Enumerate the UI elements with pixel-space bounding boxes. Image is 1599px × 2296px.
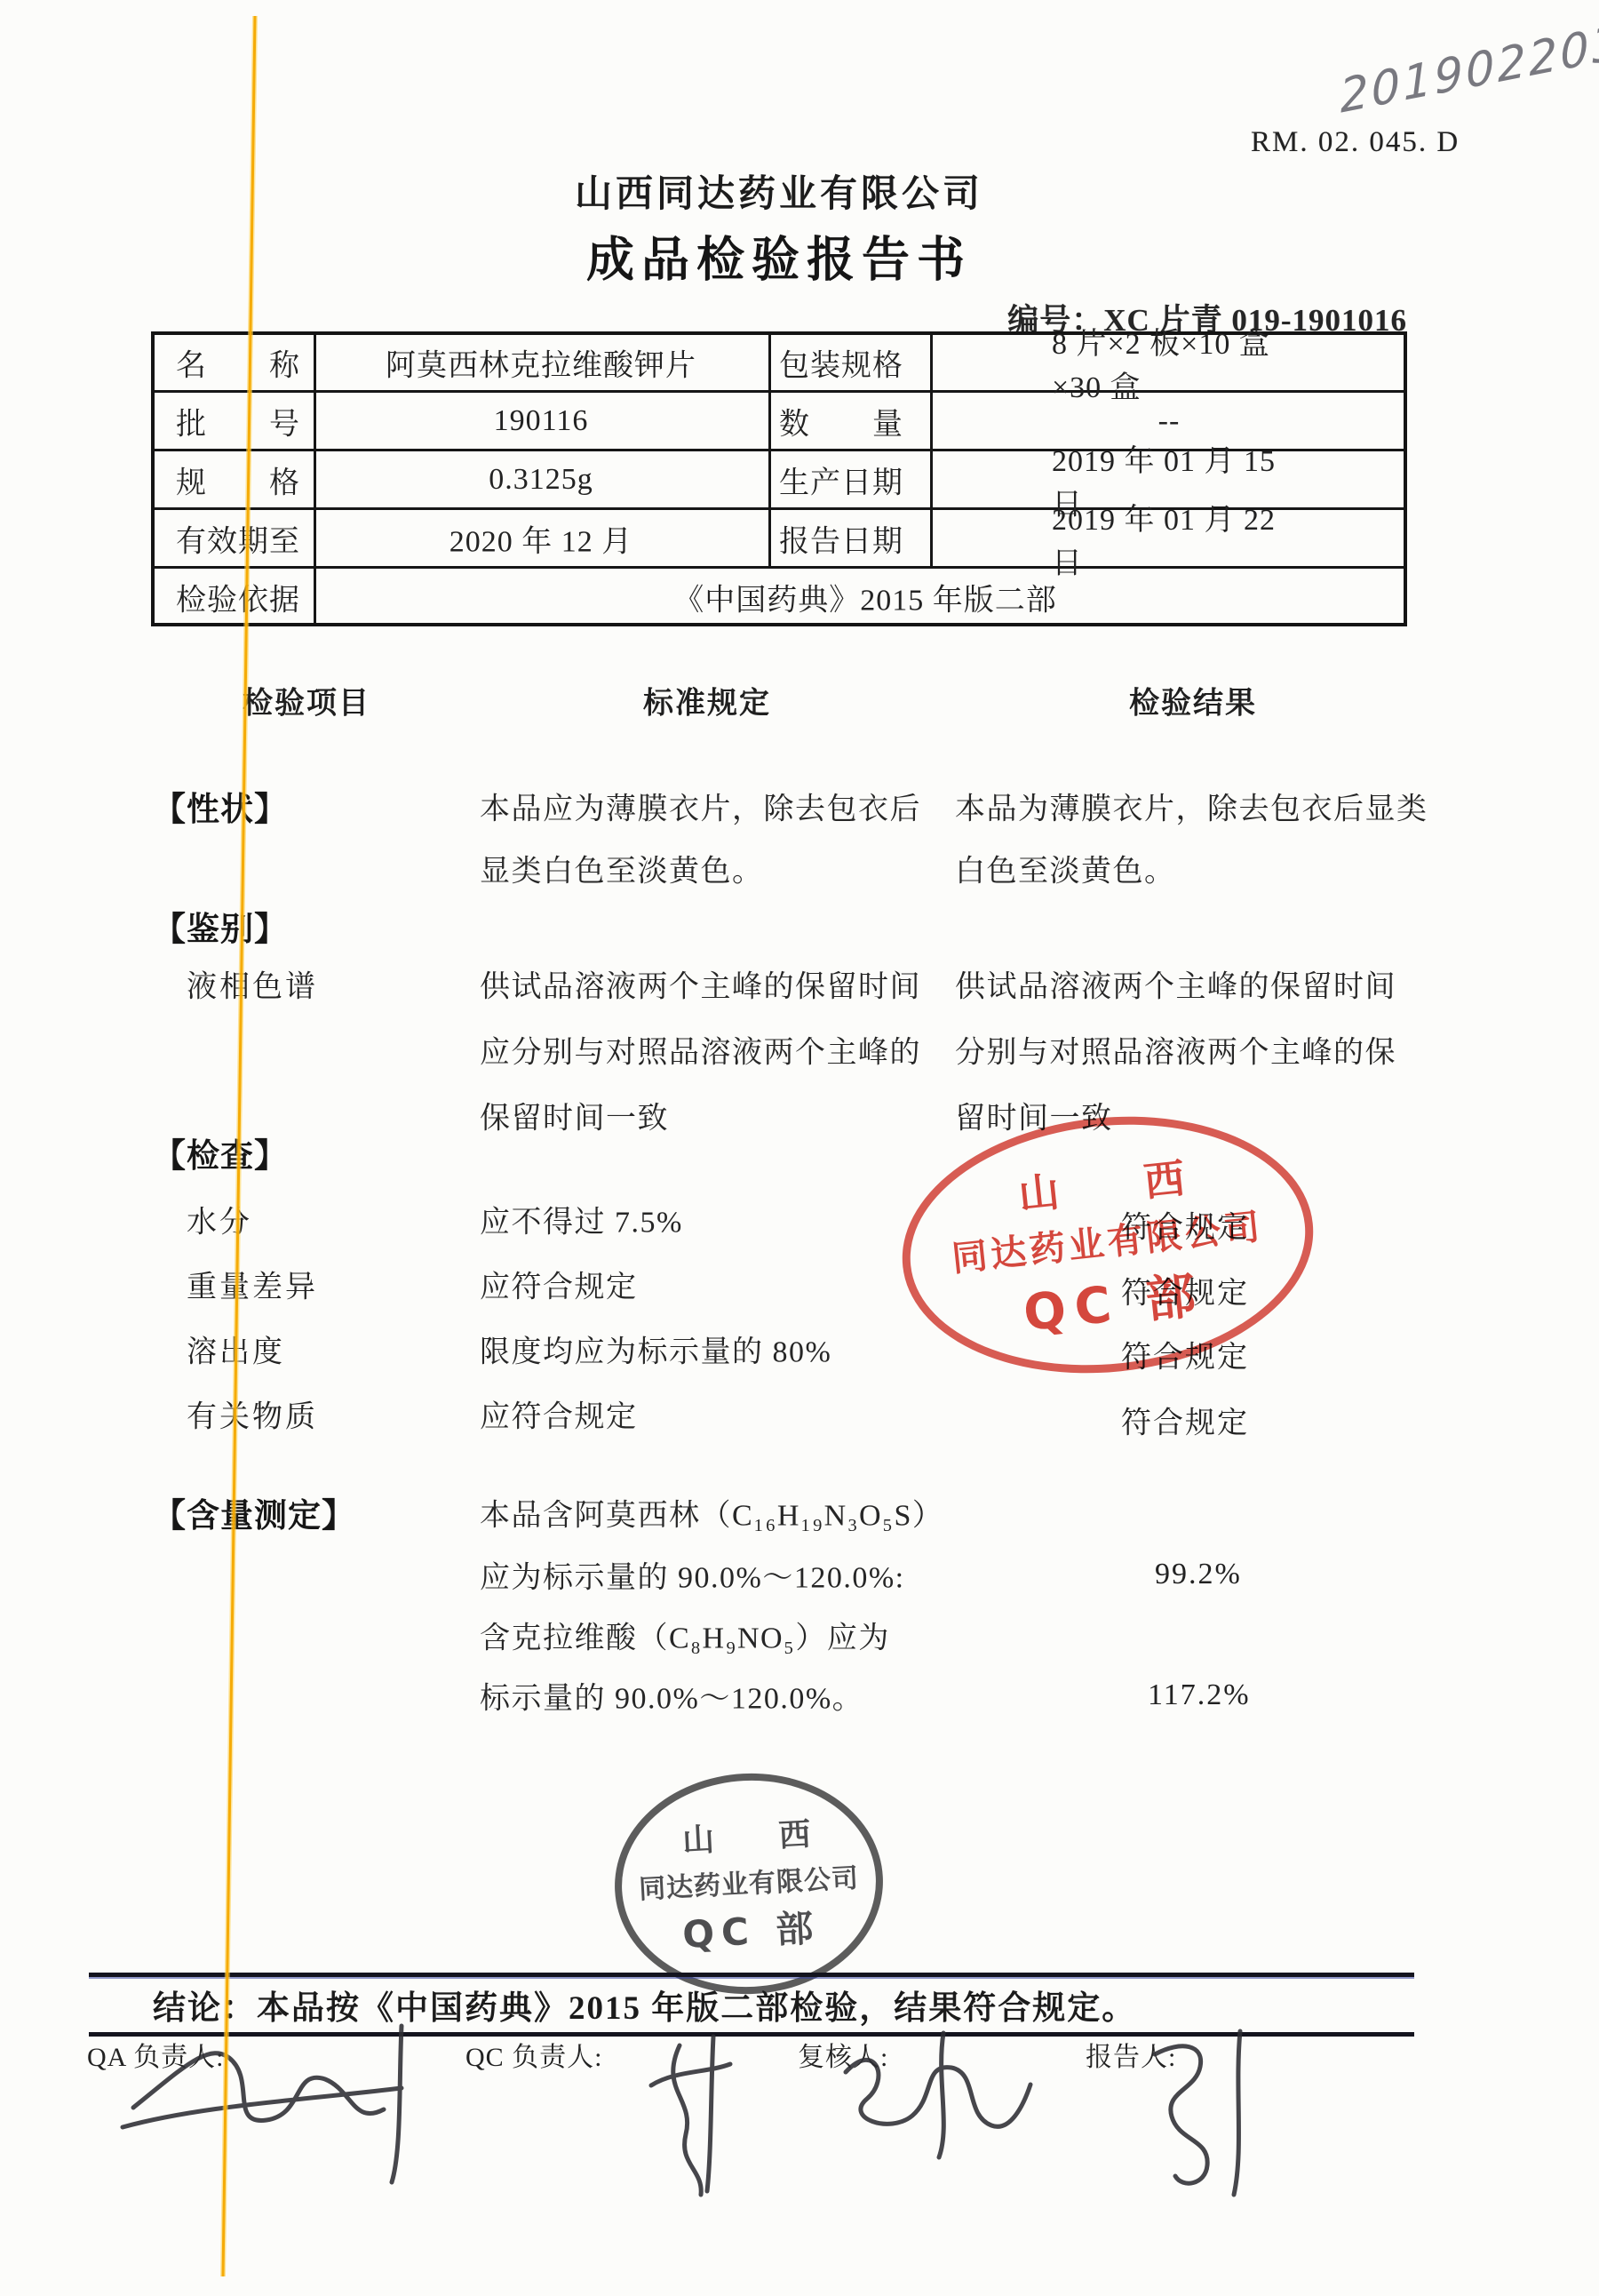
table-col-line (768, 335, 771, 566)
qa-signer-label: QA 负责人: (87, 2035, 225, 2074)
table-value: 2020 年 12 月 (449, 517, 633, 561)
table-value: 0.3125g (489, 463, 593, 497)
col-header-result: 检验结果 (1129, 679, 1257, 722)
test-item-name: 有关物质 (187, 1392, 318, 1436)
table-value: 阿莫西林克拉维酸钾片 (386, 341, 696, 385)
qc-signer-label: QC 负责人: (465, 2035, 603, 2074)
table-label: 数 量 (779, 400, 903, 443)
result-text: 白色至淡黄色。 (955, 847, 1176, 890)
stamp-text: 同达药业有限公司 (638, 1855, 860, 1906)
standard-text: 本品应为薄膜衣片，除去包衣后 (480, 785, 921, 828)
report-title: 成品检验报告书 (586, 222, 972, 291)
table-value-merged: 《中国药典》2015 年版二部 (673, 576, 1057, 619)
company-title: 山西同达药业有限公司 (575, 164, 983, 218)
standard-text: 含克拉维酸（C₈H₉NO₅）应为 (480, 1614, 890, 1657)
table-label: 包装规格 (779, 341, 903, 385)
standard-text: 供试品溶液两个主峰的保留时间 (480, 962, 921, 1006)
table-label: 名 称 (176, 341, 300, 385)
section-header-appearance: 【性状】 (153, 782, 288, 830)
divider-line (89, 2032, 1414, 2037)
standard-text: 显类白色至淡黄色。 (480, 847, 764, 890)
result-assay-clavulanate: 117.2% (1148, 1678, 1251, 1712)
result-assay-amoxicillin: 99.2% (1155, 1558, 1242, 1591)
standard-text: 应符合规定 (480, 1263, 638, 1306)
divider-line (89, 1973, 1414, 1977)
result-text: 符合规定 (1121, 1399, 1249, 1442)
standard-text: 标示量的 90.0%～120.0%。 (480, 1674, 863, 1718)
info-table: 名 称 阿莫西林克拉维酸钾片 包装规格 8 片×2 板×10 盒×30 盒 批 … (151, 331, 1407, 626)
stamp-text: QC 部 (681, 1898, 822, 1958)
standard-text: 应不得过 7.5% (480, 1198, 683, 1241)
reporter-signer-label: 报告人: (1086, 2035, 1176, 2074)
table-label: 有效期至 (176, 517, 300, 561)
qc-signature (651, 2037, 730, 2195)
table-label: 报告日期 (779, 517, 903, 561)
table-value: 190116 (494, 404, 589, 438)
scanned-inspection-report: 2019022037 RM. 02. 045. D 山西同达药业有限公司 成品检… (0, 0, 1599, 2296)
col-header-standard: 标准规定 (643, 679, 771, 722)
result-text: 分别与对照品溶液两个主峰的保 (955, 1028, 1396, 1072)
table-value: 8 片×2 板×10 盒×30 盒 (1052, 319, 1286, 406)
reviewer-signer-label: 复核人: (798, 2035, 888, 2074)
col-header-item: 检验项目 (243, 679, 370, 722)
section-header-examination: 【检查】 (153, 1128, 288, 1176)
table-col-line (314, 335, 316, 623)
standard-text: 保留时间一致 (480, 1094, 669, 1137)
section-header-identification: 【鉴别】 (153, 902, 288, 950)
handwritten-number: 2019022037 (1339, 9, 1599, 124)
standard-text: 限度均应为标示量的 80% (480, 1327, 831, 1371)
table-value: 2019 年 01 月 22 日 (1052, 495, 1286, 582)
standard-text: 应为标示量的 90.0%～120.0%: (480, 1553, 905, 1597)
section-header-assay: 【含量测定】 (153, 1488, 355, 1536)
standard-text: 应分别与对照品溶液两个主峰的 (480, 1028, 921, 1072)
test-item-name: 溶出度 (187, 1327, 285, 1371)
qc-stamp-dark: 山 西 同达药业有限公司 QC 部 (609, 1766, 889, 2000)
standard-text: 应符合规定 (480, 1392, 638, 1436)
standard-text: 本品含阿莫西林（C₁₆H₁₉N₃O₅S） (480, 1491, 943, 1535)
result-text: 本品为薄膜衣片，除去包衣后显类 (955, 785, 1428, 828)
test-item-name: 液相色谱 (187, 962, 318, 1006)
stamp-text: 山 西 (655, 1807, 839, 1862)
test-item-name: 水分 (187, 1198, 252, 1241)
conclusion-text: 结论：本品按《中国药典》2015 年版二部检验，结果符合规定。 (153, 1981, 1136, 2029)
table-value: -- (1158, 404, 1181, 438)
result-text: 供试品溶液两个主峰的保留时间 (955, 962, 1396, 1006)
table-label: 规 格 (176, 458, 300, 502)
table-label: 批 号 (176, 400, 300, 443)
table-label: 生产日期 (779, 458, 903, 502)
table-col-line (930, 335, 933, 566)
qc-stamp-red: 山 西 同达药业有限公司 QC 部 (889, 1097, 1325, 1393)
test-item-name: 重量差异 (187, 1263, 318, 1306)
doc-code: RM. 02. 045. D (1251, 126, 1460, 159)
table-label: 检验依据 (176, 576, 300, 619)
